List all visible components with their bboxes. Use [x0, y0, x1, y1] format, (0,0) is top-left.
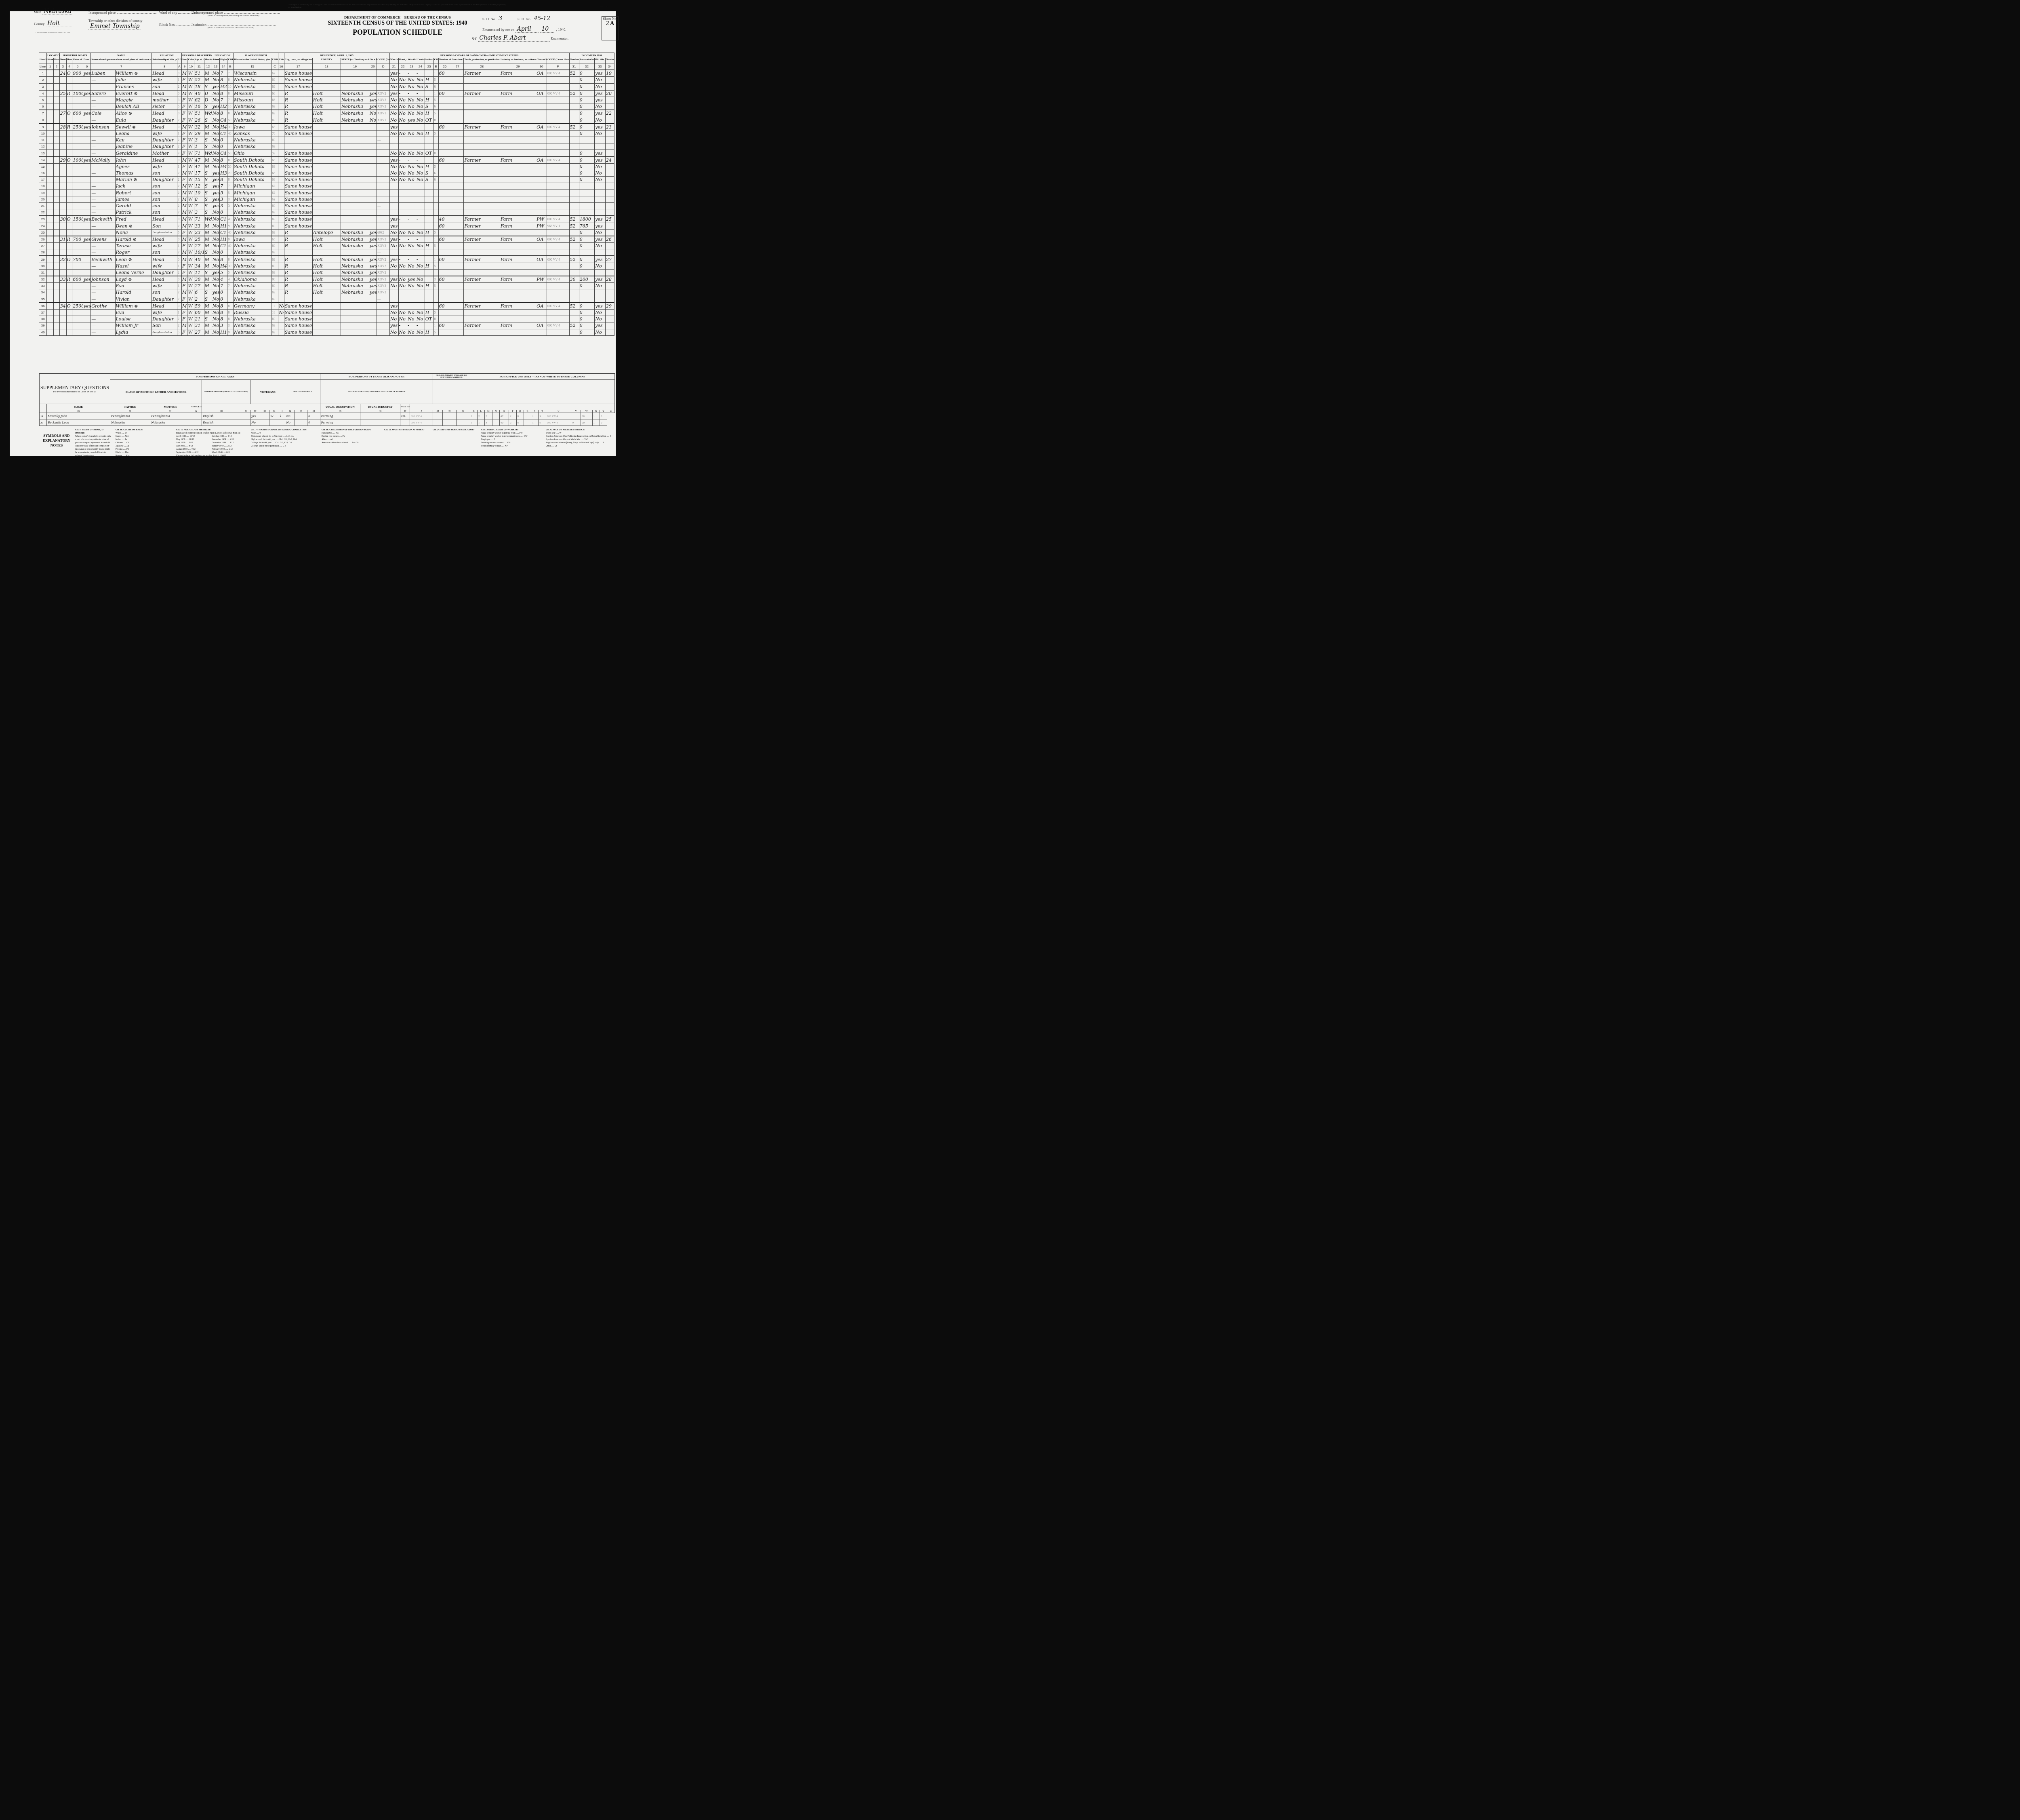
cell-gr: 0: [220, 209, 227, 216]
cell-w22: No: [398, 329, 407, 335]
cell-w23: No: [407, 83, 416, 90]
note-item: High school, 1st to 4th year ..... H-1, …: [251, 438, 316, 441]
cell-res-city: Same house: [284, 183, 312, 190]
cell-house: [54, 143, 60, 150]
cell-cls: OA: [536, 124, 547, 131]
cell-sex: M: [181, 223, 187, 229]
cell-cd: [377, 183, 389, 190]
cell-birth: Nebraska: [234, 249, 271, 256]
cell-unemp: [451, 196, 464, 202]
cell-hh: [59, 196, 66, 202]
column-number: 29: [500, 63, 536, 70]
cell-cls: [536, 296, 547, 303]
supp-column-number: L: [477, 410, 484, 413]
cell-gr: 0: [220, 289, 227, 296]
cell-w24: No: [416, 163, 425, 170]
cell-value: [72, 329, 83, 335]
census-row: 20—Jamesson2MW8Syes33Michigan62Same hous…: [39, 196, 614, 202]
cell-fsch: [605, 329, 614, 335]
cell-w21: No: [389, 316, 398, 322]
cell-w22: No: [398, 77, 407, 83]
street-cell: [47, 124, 54, 131]
street-cell: [47, 77, 54, 83]
cell-wks: [569, 183, 579, 190]
cell-wks: [569, 289, 579, 296]
cell-cf: [547, 150, 569, 157]
cell-w25: [425, 137, 433, 143]
cell-res-state: Nebraska: [341, 256, 369, 263]
cell-w23: [407, 190, 416, 196]
cell-w24: [416, 249, 425, 256]
cell-w21: No: [389, 103, 398, 110]
supp-office-use: 9: [539, 419, 546, 426]
cell-w21: yes: [389, 90, 398, 97]
cell-wks: [569, 157, 579, 164]
street-cell: [47, 296, 54, 303]
cell-w25: [425, 190, 433, 196]
supp-office-use: [571, 413, 581, 419]
supp-office-use: 0: [470, 413, 477, 419]
cell-wks: 52: [569, 90, 579, 97]
cell-res-farm: [369, 157, 377, 164]
cell-value: [72, 289, 83, 296]
cell-bc: 69: [271, 289, 278, 296]
line-number: 14: [39, 157, 47, 164]
cell-gr: 3: [220, 322, 227, 329]
column-number: 13: [212, 63, 219, 70]
cell-gr: C1: [220, 229, 227, 236]
cell-wks: [569, 110, 579, 117]
cell-tenure: [66, 249, 72, 256]
cell-cf: [547, 202, 569, 209]
cell-res-state: [341, 296, 369, 303]
line-number: 38: [39, 316, 47, 322]
cell-bc: 62: [271, 183, 278, 190]
cell-res-farm: yes: [369, 283, 377, 289]
cell-cd: [377, 316, 389, 322]
cell-farm: [83, 296, 90, 303]
cell-ce: [433, 143, 438, 150]
line-number: 17: [39, 177, 47, 183]
cell-oth: yes: [595, 110, 606, 117]
cell-mar: S: [204, 137, 212, 143]
cell-occ: [464, 117, 500, 124]
cell-unemp: [451, 90, 464, 97]
cell-tenure: [66, 196, 72, 202]
cell-w25: [425, 236, 433, 243]
cell-w21: [389, 183, 398, 190]
supp-usual-class: [400, 419, 410, 426]
cell-race: W: [187, 90, 194, 97]
cell-wage: [579, 143, 595, 150]
cell-cd: [377, 77, 389, 83]
cell-value: [72, 229, 83, 236]
cell-age: 3: [194, 209, 204, 216]
supp-column-number: H: [241, 410, 250, 413]
cell-w23: No: [407, 309, 416, 316]
cell-given: Robert: [115, 190, 152, 196]
column-number: 34: [605, 63, 614, 70]
cell-wage: 0: [579, 177, 595, 183]
state-field: State Nebraska: [34, 8, 73, 15]
cell-fsch: [605, 243, 614, 249]
cell-sex: M: [181, 216, 187, 223]
street-cell: [47, 202, 54, 209]
notes-title: SYMBOLS AND EXPLANATORY NOTES: [40, 433, 73, 448]
cell-w23: -: [407, 216, 416, 223]
cell-w21: No: [389, 77, 398, 83]
cell-unemp: [451, 202, 464, 209]
cell-w23: [407, 202, 416, 209]
cell-tenure: [66, 97, 72, 103]
cell-occ: [464, 309, 500, 316]
cell-value: [72, 143, 83, 150]
cell-ca: 5: [177, 103, 182, 110]
cell-tenure: O: [66, 70, 72, 77]
cell-fsch: [605, 296, 614, 303]
cell-birth: Oklahoma: [234, 276, 271, 283]
cell-tenure: R: [66, 276, 72, 283]
cell-birth: Nebraska: [234, 103, 271, 110]
cell-res-county: [312, 296, 341, 303]
cell-gr: 0: [220, 296, 227, 303]
cell-occ: [464, 269, 500, 276]
census-row: 40—LydiaDaughter-in-law5FW27MNoH19Nebras…: [39, 329, 614, 335]
cell-rel: wife: [152, 263, 177, 269]
cell-house: [54, 289, 60, 296]
cell-oth: No: [595, 163, 606, 170]
th-employment: PERSONS 14 YEARS OLD AND OVER—EMPLOYMENT…: [389, 53, 569, 58]
cell-ce: [433, 269, 438, 276]
cell-occ: [464, 283, 500, 289]
cell-res-farm: [369, 163, 377, 170]
cell-w24: No: [416, 229, 425, 236]
cell-cd: XOV2: [377, 236, 389, 243]
column-instruction-header: Line No. Street, avenue, road, etc. Hous…: [39, 58, 614, 63]
cell-sch: No: [212, 263, 219, 269]
supp-widow: [260, 413, 269, 419]
cell-house: [54, 209, 60, 216]
cell-house: [54, 103, 60, 110]
cell-occ: Farmer: [464, 124, 500, 131]
cell-sch: No: [212, 229, 219, 236]
cell-rel: Daughter: [152, 143, 177, 150]
column-number: 10: [187, 63, 194, 70]
cell-unemp: [451, 143, 464, 150]
cell-oth: [595, 202, 606, 209]
cell-ce: 5: [433, 329, 438, 335]
supp-column-number: 45: [320, 410, 360, 413]
cell-res-farm: yes: [369, 243, 377, 249]
cell-race: W: [187, 143, 194, 150]
cell-w25: S: [425, 103, 433, 110]
cell-res-city: R: [284, 263, 312, 269]
supp-war: [269, 419, 279, 426]
cell-occ: Farmer: [464, 216, 500, 223]
cell-bc: 70: [271, 130, 278, 137]
cell-mar: S: [204, 202, 212, 209]
cell-oth: yes: [595, 90, 606, 97]
street-cell: [47, 316, 54, 322]
cell-cd: [377, 322, 389, 329]
cell-cb: 8: [227, 303, 234, 310]
cell-oth: No: [595, 117, 606, 124]
cell-res-county: Holt: [312, 263, 341, 269]
cell-bc: 69: [271, 263, 278, 269]
line-number: 25: [39, 229, 47, 236]
cell-surname: —: [91, 316, 115, 322]
cell-res-farm: No: [369, 110, 377, 117]
cell-fsch: 29: [605, 303, 614, 310]
cell-hh: [59, 177, 66, 183]
line-number: 26: [39, 236, 47, 243]
cell-sex: M: [181, 249, 187, 256]
street-cell: [47, 289, 54, 296]
cell-mar: S: [204, 289, 212, 296]
cell-mar: Wd: [204, 216, 212, 223]
cell-ca: 2: [177, 143, 182, 150]
column-number: 12: [204, 63, 212, 70]
cell-hrs: [438, 316, 451, 322]
population-rows: 124O900yesLubenWilliam ⊗Head0MW51MNo77Wi…: [39, 70, 614, 335]
cell-mar: S: [204, 269, 212, 276]
cell-bc: 66: [271, 97, 278, 103]
cell-race: W: [187, 110, 194, 117]
cell-bc: 69: [271, 143, 278, 150]
cell-cf: 000 VV 4: [547, 90, 569, 97]
cell-cz: [278, 157, 284, 164]
cell-value: [72, 190, 83, 196]
cell-w23: No: [407, 316, 416, 322]
cell-oth: No: [595, 263, 606, 269]
cell-given: Eva: [115, 283, 152, 289]
cell-tenure: R: [66, 124, 72, 131]
cell-sex: F: [181, 316, 187, 322]
cell-ind: [500, 103, 536, 110]
street-cell: [47, 223, 54, 229]
cell-w22: -: [398, 90, 407, 97]
cell-surname: —: [91, 209, 115, 216]
line-number: 22: [39, 209, 47, 216]
column-number: 32: [579, 63, 595, 70]
th-relation: RELATION: [152, 53, 182, 58]
supp-office-use: 00: [581, 413, 592, 419]
cell-w21: yes: [389, 157, 398, 164]
cell-cb: 7: [227, 70, 234, 77]
cell-fsch: [605, 130, 614, 137]
supp-column-number: 37: [150, 410, 190, 413]
street-cell: [47, 157, 54, 164]
cell-hrs: [438, 130, 451, 137]
cell-house: [54, 196, 60, 202]
cell-gr: H2: [220, 103, 227, 110]
cell-surname: —: [91, 150, 115, 157]
cell-house: [54, 329, 60, 335]
cell-bc: 69: [271, 283, 278, 289]
cell-farm: [83, 309, 90, 316]
cell-sch: No: [212, 137, 219, 143]
cell-birth: Germany: [234, 303, 271, 310]
cell-age: 40: [194, 90, 204, 97]
cell-hh: [59, 163, 66, 170]
cell-mar: D: [204, 97, 212, 103]
cell-farm: yes: [83, 303, 90, 310]
cell-cd: XOV2: [377, 263, 389, 269]
cell-cf: [547, 296, 569, 303]
cell-w24: [416, 137, 425, 143]
cell-sex: M: [181, 209, 187, 216]
cell-w25: H: [425, 110, 433, 117]
cell-w25: [425, 90, 433, 97]
cell-mar: S: [204, 143, 212, 150]
cell-farm: [83, 263, 90, 269]
cell-race: W: [187, 202, 194, 209]
cell-ce: 5: [433, 263, 438, 269]
cell-unemp: [451, 97, 464, 103]
cell-house: [54, 216, 60, 223]
cell-cb: 3: [227, 202, 234, 209]
cell-res-farm: [369, 190, 377, 196]
cell-cls: [536, 309, 547, 316]
supp-office-use: 1: [531, 419, 539, 426]
census-row: 38—LouiseDaughter2FW21SNo88Nebraska69Sam…: [39, 316, 614, 322]
cell-race: W: [187, 223, 194, 229]
cell-gr: 8: [220, 77, 227, 83]
cell-tenure: [66, 77, 72, 83]
cell-house: [54, 263, 60, 269]
cell-hh: [59, 103, 66, 110]
cell-surname: —: [91, 202, 115, 209]
cell-sch: yes: [212, 177, 219, 183]
line-number: 31: [39, 269, 47, 276]
supp-usual-industry: [360, 413, 400, 419]
cell-w21: No: [389, 283, 398, 289]
cell-res-farm: [369, 196, 377, 202]
cell-ind: [500, 170, 536, 177]
cell-cd: [377, 216, 389, 223]
line-number: 16: [39, 170, 47, 177]
cell-fsch: [605, 322, 614, 329]
cell-birth: Nebraska: [234, 110, 271, 117]
census-row: 34—Haroldson2MW6Syes0Nebraska69RHoltNebr…: [39, 289, 614, 296]
supp-wage-percent: 0: [307, 419, 320, 426]
cell-wks: [569, 269, 579, 276]
cell-oth: yes: [595, 216, 606, 223]
cell-tenure: [66, 316, 72, 322]
cell-w24: -: [416, 124, 425, 131]
note-item: Wage or salary worker in private work ..…: [481, 432, 542, 435]
cell-house: [54, 223, 60, 229]
cell-hh: 28: [59, 124, 66, 131]
cell-given: Frances: [115, 83, 152, 90]
cell-race: W: [187, 83, 194, 90]
cell-farm: yes: [83, 124, 90, 131]
cell-sch: yes: [212, 196, 219, 202]
cell-res-farm: yes: [369, 103, 377, 110]
cell-hrs: [438, 296, 451, 303]
cell-ind: Farm: [500, 276, 536, 283]
cell-given: Louise: [115, 316, 152, 322]
cell-cf: [547, 177, 569, 183]
cell-res-city: Same house: [284, 216, 312, 223]
cell-bc: 59: [271, 150, 278, 157]
cell-res-city: Same house: [284, 157, 312, 164]
cell-value: 600: [72, 276, 83, 283]
cell-house: [54, 124, 60, 131]
cell-rel: Daughter: [152, 137, 177, 143]
cell-w25: [425, 223, 433, 229]
cell-res-state: [341, 170, 369, 177]
cell-wks: [569, 83, 579, 90]
cell-cf: 966 VV 1: [547, 223, 569, 229]
cell-age: 8: [194, 196, 204, 202]
line-number: 4: [39, 90, 47, 97]
cell-farm: [83, 163, 90, 170]
cell-race: W: [187, 170, 194, 177]
cell-age: 17: [194, 170, 204, 177]
cell-cd: XOV2: [377, 283, 389, 289]
cell-res-state: [341, 190, 369, 196]
supp-office-use: 2: [509, 419, 516, 426]
cell-res-county: [312, 83, 341, 90]
cell-farm: yes: [83, 276, 90, 283]
line-number: 23: [39, 216, 47, 223]
cell-gr: H4: [220, 124, 227, 131]
cell-birth: Wisconsin: [234, 70, 271, 77]
cell-ca: 3: [177, 97, 182, 103]
cell-cz: [278, 209, 284, 216]
cell-w25: OT: [425, 150, 433, 157]
cell-cz: [278, 316, 284, 322]
cell-occ: [464, 163, 500, 170]
supp-office-use: 3: [485, 419, 492, 426]
cell-given: William ⊗: [115, 303, 152, 310]
cell-res-farm: [369, 183, 377, 190]
cell-w24: [416, 196, 425, 202]
cell-w21: No: [389, 163, 398, 170]
cell-cf: 000 VV 4: [547, 70, 569, 77]
cell-tenure: [66, 329, 72, 335]
cell-age: 26: [194, 117, 204, 124]
cell-hrs: [438, 110, 451, 117]
th-education: EDUCATION: [212, 53, 233, 58]
cell-w24: No: [416, 117, 425, 124]
cell-cb: 8: [227, 309, 234, 316]
cell-age: 16: [194, 103, 204, 110]
cell-value: 1000: [72, 90, 83, 97]
cell-hrs: [438, 243, 451, 249]
cell-hrs: [438, 117, 451, 124]
cell-surname: —: [91, 163, 115, 170]
cell-hrs: [438, 183, 451, 190]
cell-w22: -: [398, 157, 407, 164]
cell-res-county: Holt: [312, 110, 341, 117]
supplementary-subheader: PLACE OF BIRTH OF FATHER AND MOTHER MOTH…: [40, 380, 615, 404]
column-number: 33: [595, 63, 606, 70]
cell-given: Loyd ⊗: [115, 276, 152, 283]
cell-house: [54, 70, 60, 77]
column-number: F: [547, 63, 569, 70]
street-cell: [47, 70, 54, 77]
cell-cf: 000 VV 4: [547, 256, 569, 263]
cell-surname: —: [91, 309, 115, 316]
sheet-number: 2: [606, 21, 609, 27]
cell-ind: Farm: [500, 157, 536, 164]
line-number: 15: [39, 163, 47, 170]
cell-sch: No: [212, 209, 219, 216]
cell-bc: 63: [271, 70, 278, 77]
cell-gr: H4: [220, 163, 227, 170]
